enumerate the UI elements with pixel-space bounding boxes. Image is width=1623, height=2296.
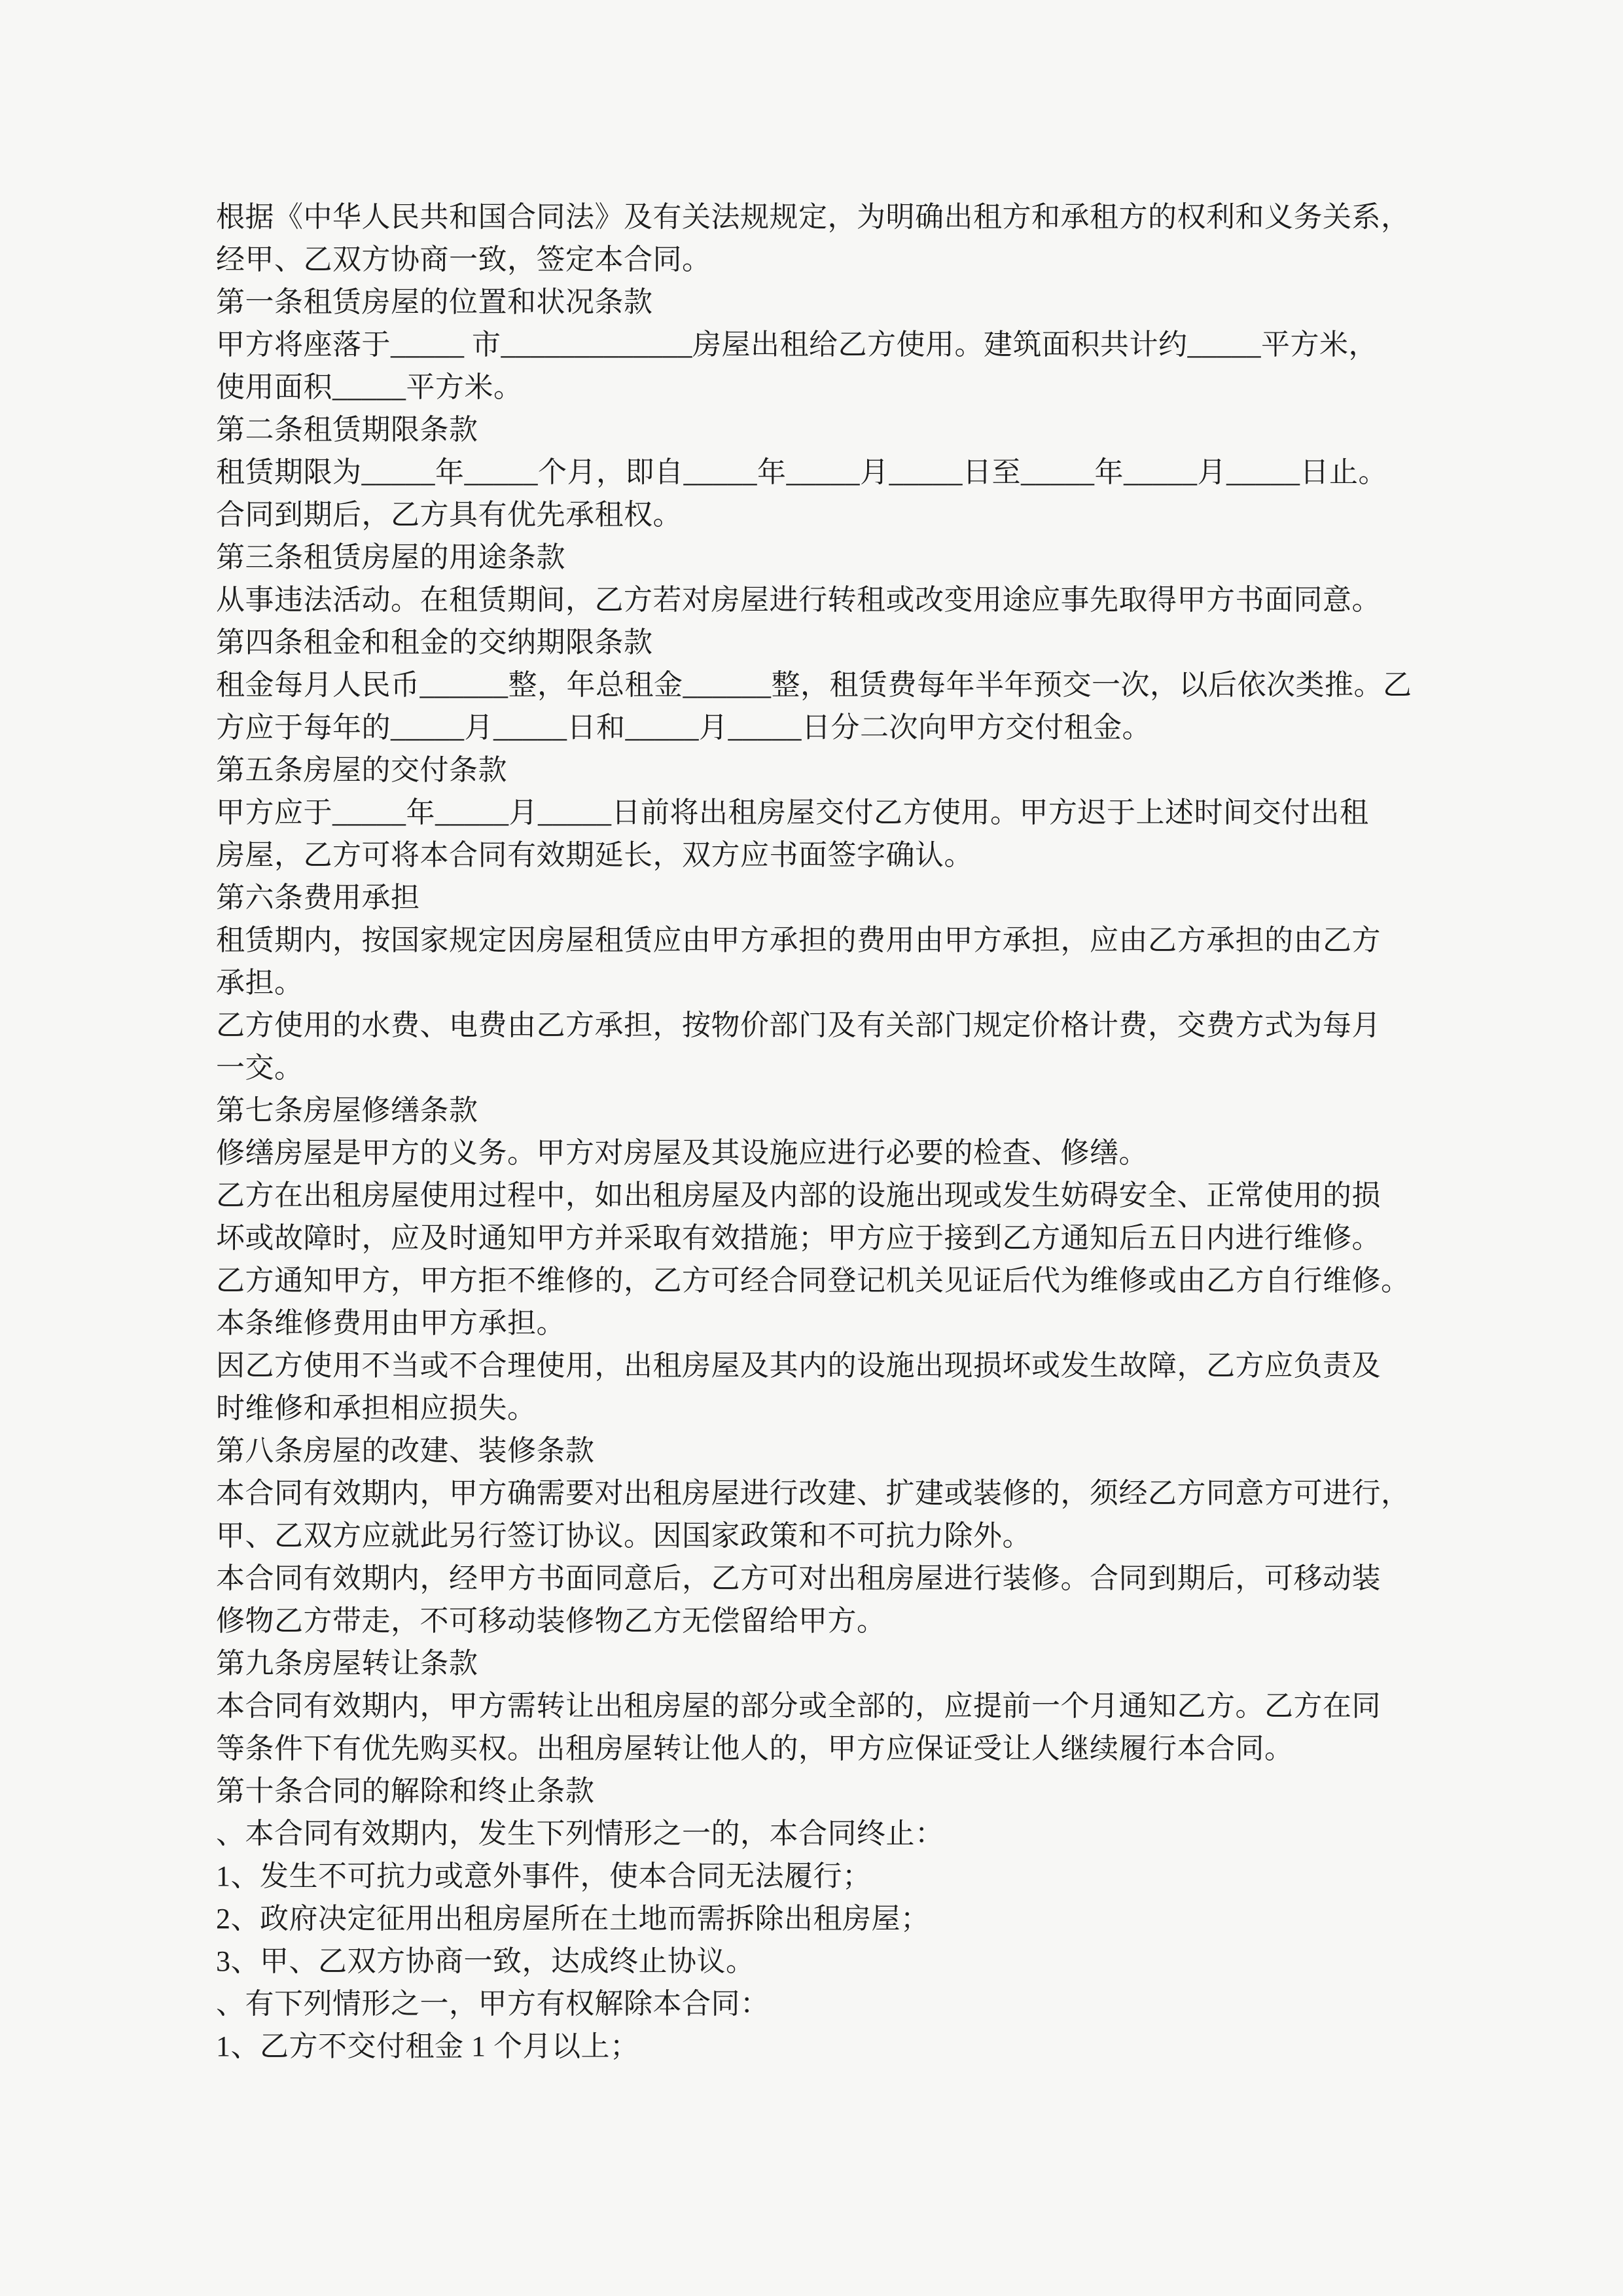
contract-line: 时维修和承担相应损失。 [216, 1387, 1410, 1429]
contract-line: 1、发生不可抗力或意外事件，使本合同无法履行； [216, 1855, 1410, 1897]
contract-line: 第一条租赁房屋的位置和状况条款 [216, 281, 1410, 323]
contract-line: 乙方使用的水费、电费由乙方承担，按物价部门及有关部门规定价格计费，交费方式为每月 [216, 1004, 1410, 1047]
contract-line: 第六条费用承担 [216, 876, 1410, 919]
contract-line: 1、乙方不交付租金 1 个月以上； [216, 2025, 1410, 2068]
contract-line: 本合同有效期内，经甲方书面同意后，乙方可对出租房屋进行装修。合同到期后，可移动装 [216, 1557, 1410, 1600]
contract-line: 修缮房屋是甲方的义务。甲方对房屋及其设施应进行必要的检查、修缮。 [216, 1132, 1410, 1174]
contract-line: 本合同有效期内，甲方需转让出租房屋的部分或全部的，应提前一个月通知乙方。乙方在同 [216, 1685, 1410, 1727]
contract-line: 乙方通知甲方，甲方拒不维修的，乙方可经合同登记机关见证后代为维修或由乙方自行维修… [216, 1259, 1410, 1302]
contract-line: 租赁期内，按国家规定因房屋租赁应由甲方承担的费用由甲方承担，应由乙方承担的由乙方 [216, 919, 1410, 961]
contract-line: 第七条房屋修缮条款 [216, 1089, 1410, 1132]
document-page: 根据《中华人民共和国合同法》及有关法规规定，为明确出租方和承租方的权利和义务关系… [0, 0, 1623, 2296]
contract-line: 第十条合同的解除和终止条款 [216, 1770, 1410, 1812]
contract-line: 使用面积_____平方米。 [216, 366, 1410, 408]
contract-line: 租金每月人民币______整，年总租金______整，租赁费每年半年预交一次，以… [216, 664, 1410, 706]
contract-line: 因乙方使用不当或不合理使用，出租房屋及其内的设施出现损坏或发生故障，乙方应负责及 [216, 1344, 1410, 1387]
contract-line: 、本合同有效期内，发生下列情形之一的，本合同终止： [216, 1812, 1410, 1855]
contract-line: 3、甲、乙双方协商一致，达成终止协议。 [216, 1940, 1410, 1982]
contract-line: 第二条租赁期限条款 [216, 408, 1410, 451]
contract-line: 本合同有效期内，甲方确需要对出租房屋进行改建、扩建或装修的，须经乙方同意方可进行… [216, 1472, 1410, 1515]
contract-line: 甲方应于_____年_____月_____日前将出租房屋交付乙方使用。甲方迟于上… [216, 791, 1410, 834]
contract-line: 第四条租金和租金的交纳期限条款 [216, 621, 1410, 664]
contract-line: 、有下列情形之一，甲方有权解除本合同： [216, 1982, 1410, 2025]
contract-line: 第八条房屋的改建、装修条款 [216, 1429, 1410, 1472]
contract-line: 根据《中华人民共和国合同法》及有关法规规定，为明确出租方和承租方的权利和义务关系… [216, 196, 1410, 238]
contract-line: 第三条租赁房屋的用途条款 [216, 536, 1410, 579]
contract-line: 等条件下有优先购买权。出租房屋转让他人的，甲方应保证受让人继续履行本合同。 [216, 1727, 1410, 1770]
contract-line: 合同到期后，乙方具有优先承租权。 [216, 493, 1410, 536]
contract-line: 本条维修费用由甲方承担。 [216, 1302, 1410, 1344]
contract-line: 修物乙方带走，不可移动装修物乙方无偿留给甲方。 [216, 1600, 1410, 1642]
contract-line: 租赁期限为_____年_____个月，即自_____年_____月_____日至… [216, 451, 1410, 493]
contract-line: 2、政府决定征用出租房屋所在土地而需拆除出租房屋； [216, 1897, 1410, 1940]
contract-line: 乙方在出租房屋使用过程中，如出租房屋及内部的设施出现或发生妨碍安全、正常使用的损 [216, 1174, 1410, 1217]
contract-line: 第五条房屋的交付条款 [216, 749, 1410, 791]
contract-line: 从事违法活动。在租赁期间，乙方若对房屋进行转租或改变用途应事先取得甲方书面同意。 [216, 579, 1410, 621]
contract-line: 方应于每年的_____月_____日和_____月_____日分二次向甲方交付租… [216, 706, 1410, 749]
contract-line: 房屋，乙方可将本合同有效期延长，双方应书面签字确认。 [216, 834, 1410, 876]
contract-body: 根据《中华人民共和国合同法》及有关法规规定，为明确出租方和承租方的权利和义务关系… [216, 196, 1410, 2068]
contract-line: 坏或故障时，应及时通知甲方并采取有效措施；甲方应于接到乙方通知后五日内进行维修。 [216, 1217, 1410, 1259]
contract-line: 经甲、乙双方协商一致，签定本合同。 [216, 238, 1410, 281]
contract-line: 第九条房屋转让条款 [216, 1642, 1410, 1685]
contract-line: 承担。 [216, 961, 1410, 1004]
contract-line: 甲方将座落于_____ 市_____________房屋出租给乙方使用。建筑面积… [216, 323, 1410, 366]
contract-line: 甲、乙双方应就此另行签订协议。因国家政策和不可抗力除外。 [216, 1515, 1410, 1557]
contract-line: 一交。 [216, 1047, 1410, 1089]
